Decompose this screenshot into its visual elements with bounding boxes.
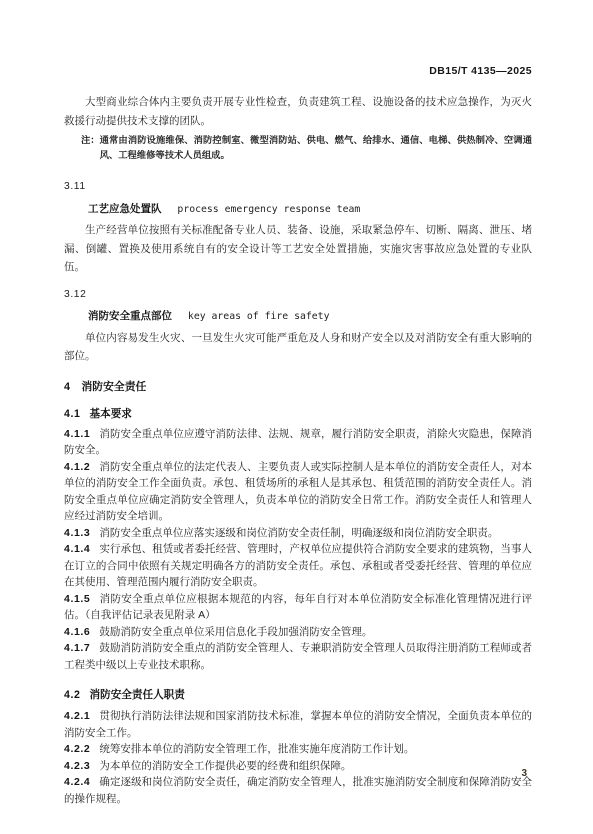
- section-number: 4.1: [64, 408, 81, 420]
- term-en: key areas of fire safety: [188, 311, 330, 322]
- term-block-3-11: 3.11 工艺应急处置队 process emergency response …: [64, 180, 532, 277]
- clause-text: 为本单位的消防安全工作提供必要的经费和组织保障。: [99, 760, 351, 772]
- clause-text: 鼓励消防安全重点单位采用信息化手段加强消防安全管理。: [99, 626, 372, 638]
- term-number: 3.12: [64, 288, 532, 301]
- page-header: DB15/T 4135—2025: [64, 0, 532, 78]
- clause-number: 4.1.7: [64, 642, 90, 654]
- section-4-2-clauses: 4.2.1贯彻执行消防法律法规和国家消防技术标准，掌握本单位的消防安全情况，全面…: [64, 708, 532, 807]
- clause-number: 4.1.1: [64, 428, 90, 440]
- clause-4-1-7: 4.1.7鼓励消防消防安全重点的消防安全管理人、专兼职消防安全管理人员取得注册消…: [64, 640, 532, 673]
- term-definition: 生产经营单位按照有关标准配备专业人员、装备、设施，采取紧急停车、切断、隔离、泄压…: [64, 221, 532, 277]
- clause-text: 消防安全重点单位应落实逐级和岗位消防安全责任制，明确逐级和岗位消防安全职责。: [99, 527, 498, 539]
- clause-text: 消防安全重点单位应遵守消防法律、法规、规章，履行消防安全职责，消除火灾隐患，保障…: [64, 428, 532, 457]
- clause-number: 4.1.3: [64, 527, 90, 539]
- clause-text: 鼓励消防消防安全重点的消防安全管理人、专兼职消防安全管理人员取得注册消防工程师或…: [64, 642, 532, 671]
- chapter-title: 消防安全责任: [82, 381, 147, 393]
- note-block: 注： 通常由消防设施维保、消防控制室、微型消防站、供电、燃气、给排水、通信、电梯…: [64, 133, 532, 163]
- chapter-heading: 4消防安全责任: [64, 380, 532, 394]
- section-heading-4-1: 4.1基本要求: [64, 407, 532, 421]
- section-4-1-clauses: 4.1.1消防安全重点单位应遵守消防法律、法规、规章，履行消防安全职责，消除火灾…: [64, 426, 532, 674]
- clause-4-1-2: 4.1.2消防安全重点单位的法定代表人、主要负责人或实际控制人是本单位的消防安全…: [64, 459, 532, 525]
- term-definition: 单位内容易发生火灾、一旦发生火灾可能严重危及人身和财产安全以及对消防安全有重大影…: [64, 329, 532, 366]
- clause-number: 4.2.1: [64, 710, 90, 722]
- clause-text: 消防安全重点单位应根据本规范的内容，每年自行对本单位消防安全标准化管理情况进行评…: [64, 593, 532, 622]
- note-text: 通常由消防设施维保、消防控制室、微型消防站、供电、燃气、给排水、通信、电梯、供热…: [100, 133, 532, 163]
- term-en: process emergency response team: [177, 204, 360, 215]
- clause-4-2-3: 4.2.3为本单位的消防安全工作提供必要的经费和组织保障。: [64, 758, 532, 775]
- note-label: 注：: [81, 133, 100, 163]
- document-page: DB15/T 4135—2025 大型商业综合体内主要负责开展专业性检查，负责建…: [0, 0, 593, 834]
- section-title: 基本要求: [90, 408, 132, 420]
- clause-number: 4.1.2: [64, 461, 90, 473]
- clause-number: 4.1.5: [64, 593, 90, 605]
- clause-number: 4.2.2: [64, 743, 90, 755]
- clause-text: 贯彻执行消防法律法规和国家消防技术标准，掌握本单位的消防安全情况，全面负责本单位…: [64, 710, 532, 739]
- clause-number: 4.1.4: [64, 543, 90, 555]
- clause-4-1-6: 4.1.6鼓励消防安全重点单位采用信息化手段加强消防安全管理。: [64, 624, 532, 641]
- clause-4-2-2: 4.2.2统筹安排本单位的消防安全管理工作，批准实施年度消防工作计划。: [64, 741, 532, 758]
- page-content: DB15/T 4135—2025 大型商业综合体内主要负责开展专业性检查，负责建…: [64, 0, 532, 807]
- clause-number: 4.1.6: [64, 626, 90, 638]
- section-title: 消防安全责任人职责: [90, 689, 185, 701]
- clause-4-1-4: 4.1.4实行承包、租赁或者委托经营、管理时，产权单位应提供符合消防安全要求的建…: [64, 541, 532, 591]
- clause-text: 实行承包、租赁或者委托经营、管理时，产权单位应提供符合消防安全要求的建筑物，当事…: [64, 543, 532, 588]
- intro-paragraph: 大型商业综合体内主要负责开展专业性检查，负责建筑工程、设施设备的技术应急操作，为…: [64, 93, 532, 130]
- section-number: 4.2: [64, 689, 81, 701]
- term-title: 工艺应急处置队 process emergency response team: [64, 203, 532, 216]
- clause-4-1-3: 4.1.3消防安全重点单位应落实逐级和岗位消防安全责任制，明确逐级和岗位消防安全…: [64, 525, 532, 542]
- section-heading-4-2: 4.2消防安全责任人职责: [64, 688, 532, 702]
- clause-number: 4.2.3: [64, 760, 90, 772]
- clause-4-1-5: 4.1.5消防安全重点单位应根据本规范的内容，每年自行对本单位消防安全标准化管理…: [64, 591, 532, 624]
- term-cn: 消防安全重点部位: [88, 310, 172, 322]
- standard-number: DB15/T 4135—2025: [429, 65, 532, 77]
- clause-text: 消防安全重点单位的法定代表人、主要负责人或实际控制人是本单位的消防安全责任人，对…: [64, 461, 532, 523]
- clause-text: 确定逐级和岗位消防安全责任，确定消防安全管理人，批准实施消防安全制度和保障消防安…: [64, 776, 532, 805]
- term-cn: 工艺应急处置队: [88, 203, 162, 215]
- clause-4-2-4: 4.2.4确定逐级和岗位消防安全责任，确定消防安全管理人，批准实施消防安全制度和…: [64, 774, 532, 807]
- clause-4-2-1: 4.2.1贯彻执行消防法律法规和国家消防技术标准，掌握本单位的消防安全情况，全面…: [64, 708, 532, 741]
- clause-number: 4.2.4: [64, 776, 90, 788]
- term-title: 消防安全重点部位 key areas of fire safety: [64, 310, 532, 323]
- clause-text: 统筹安排本单位的消防安全管理工作，批准实施年度消防工作计划。: [99, 743, 414, 755]
- term-number: 3.11: [64, 180, 532, 193]
- term-block-3-12: 3.12 消防安全重点部位 key areas of fire safety 单…: [64, 288, 532, 366]
- page-number: 3: [521, 768, 527, 779]
- clause-4-1-1: 4.1.1消防安全重点单位应遵守消防法律、法规、规章，履行消防安全职责，消除火灾…: [64, 426, 532, 459]
- chapter-number: 4: [64, 381, 71, 393]
